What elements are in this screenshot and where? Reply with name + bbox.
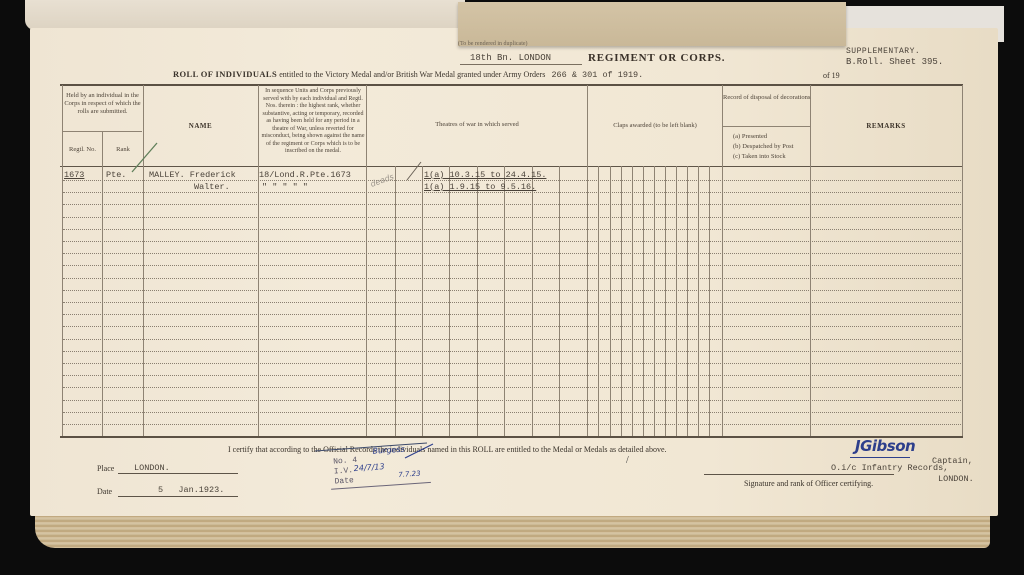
clasp-line [676,166,677,436]
entry-name-line1: MALLEY. Frederick [149,170,236,180]
paper-flap [458,2,846,46]
stamp-date-label: Date [334,476,354,486]
signature-line [704,474,894,475]
entry-regtl-no: 1673 [64,170,84,180]
dotted-row-line [63,412,961,413]
dotted-row-line [63,400,961,401]
stamp-hand-date: 7.7.23 [398,470,421,480]
pencil-tick-mark-icon [405,160,425,182]
col-line [477,166,478,436]
dotted-row-line [63,326,961,327]
roll-title-bold: ROLL OF INDIVIDUALS [173,69,277,79]
clasp-line [654,166,655,436]
received-stamp: No. 4 I.V. Date Burgess 24/7/13 7.7.23 [329,448,441,494]
dotted-row-line [63,180,961,181]
col-line [395,166,396,436]
dotted-row-line [63,314,961,315]
disposal-divider [722,126,810,127]
col-line [810,85,811,436]
dotted-row-line [63,375,961,376]
header-disposal-a: (a) Presented [733,133,767,141]
dotted-row-line [63,387,961,388]
stamp-hand-no: Burgess [372,445,405,456]
col-line [587,85,588,436]
clasp-line [698,166,699,436]
army-orders: 266 & 301 of 1919. [551,70,643,80]
folded-page-top-left [25,0,465,30]
stamp-hand-iv: 24/7/13 [353,462,384,473]
regiment-label: REGIMENT OR CORPS. [588,52,725,64]
dotted-row-line [63,265,961,266]
officer-rank-line3: LONDON. [938,474,974,484]
entry-theatre-line1: 1(a) 10.3.15 to 24.4.15. [424,170,546,180]
stray-mark: / [626,455,629,466]
clasp-line [709,166,710,436]
dotted-row-line [63,363,961,364]
clasp-line [687,166,688,436]
header-held-by: Held by an individual in the Corps in re… [63,92,142,116]
supplementary-label: SUPPLEMENTARY. [846,47,920,56]
dotted-row-line [63,278,961,279]
date-underline [118,496,238,497]
col-line [258,85,259,436]
dotted-row-line [63,241,961,242]
header-regtl-no: Regtl. No. [63,146,102,154]
officer-rank-line2: O.i/c Infantry Records, [831,463,948,473]
header-name: NAME [143,122,258,130]
header-bottom-border [60,166,963,167]
place-label: Place [97,464,114,473]
dotted-row-line [63,290,961,291]
header-remarks: REMARKS [810,122,962,130]
place-underline [118,473,238,474]
place-value: LONDON. [134,463,170,473]
col-line [962,85,963,436]
clasp-line [643,166,644,436]
col-line [366,85,367,436]
date-label: Date [97,487,112,496]
certification-text: I certify that according to the Official… [228,445,667,454]
col-line [102,131,103,436]
roll-title: ROLL OF INDIVIDUALS entitled to the Vict… [173,69,643,80]
header-units-corps: In sequence Units and Corps previously s… [260,88,366,156]
dotted-row-line [63,351,961,352]
clasp-line [621,166,622,436]
entry-units-line1: 18/Lond.R.Pte.1673 [259,170,351,180]
col-line [532,166,533,436]
dotted-row-line [63,204,961,205]
entry-name-line2: Walter. [194,182,230,192]
clasp-line [598,166,599,436]
header-clasps: Claps awarded (to be left blank) [588,122,722,130]
col-line [422,166,423,436]
signature-underline [850,457,910,458]
dotted-row-line [63,424,961,425]
stamp-iv-label: I.V. [334,466,354,476]
signature-caption: Signature and rank of Officer certifying… [744,479,873,488]
col-line [62,85,63,436]
col-line [722,85,723,436]
roll-title-rest: entitled to the Victory Medal and/or Bri… [279,70,545,79]
date-value: 5 Jan.1923. [158,485,224,495]
dotted-row-line [63,229,961,230]
header-theatres: Theatres of war in which served [367,121,587,129]
header-disposal-b: (b) Despatched by Post [733,143,793,151]
entry-rank: Pte. [106,170,126,180]
unit-underline [460,64,582,65]
medal-roll-sheet [30,28,998,516]
dotted-row-line [63,217,961,218]
col-line [559,166,560,436]
roll-sheet-number: B.Roll. Sheet 395. [846,57,943,67]
table-top-border [60,84,963,86]
header-disposal: Record of disposal of decorations [723,94,810,102]
header-disposal-c: (c) Taken into Stock [733,153,786,161]
col-line [449,166,450,436]
unit-name: 18th Bn. LONDON [470,53,551,63]
dotted-row-line [63,339,961,340]
col-line [143,85,144,436]
of-year: of 19 [823,71,840,80]
officer-signature: JGibson [855,437,915,455]
form-note: (To be rendered in duplicate) [458,41,528,47]
dotted-row-line [63,192,961,193]
dotted-row-line [63,253,961,254]
clasp-line [665,166,666,436]
col-line [504,166,505,436]
table-bottom-border [60,436,963,438]
entry-theatre-line2: 1(a) 1.9.15 to 9.5.16. [424,182,536,192]
clasp-line [610,166,611,436]
dotted-row-line [63,302,961,303]
clasp-line [632,166,633,436]
entry-units-line2: " " " " " [262,182,308,192]
